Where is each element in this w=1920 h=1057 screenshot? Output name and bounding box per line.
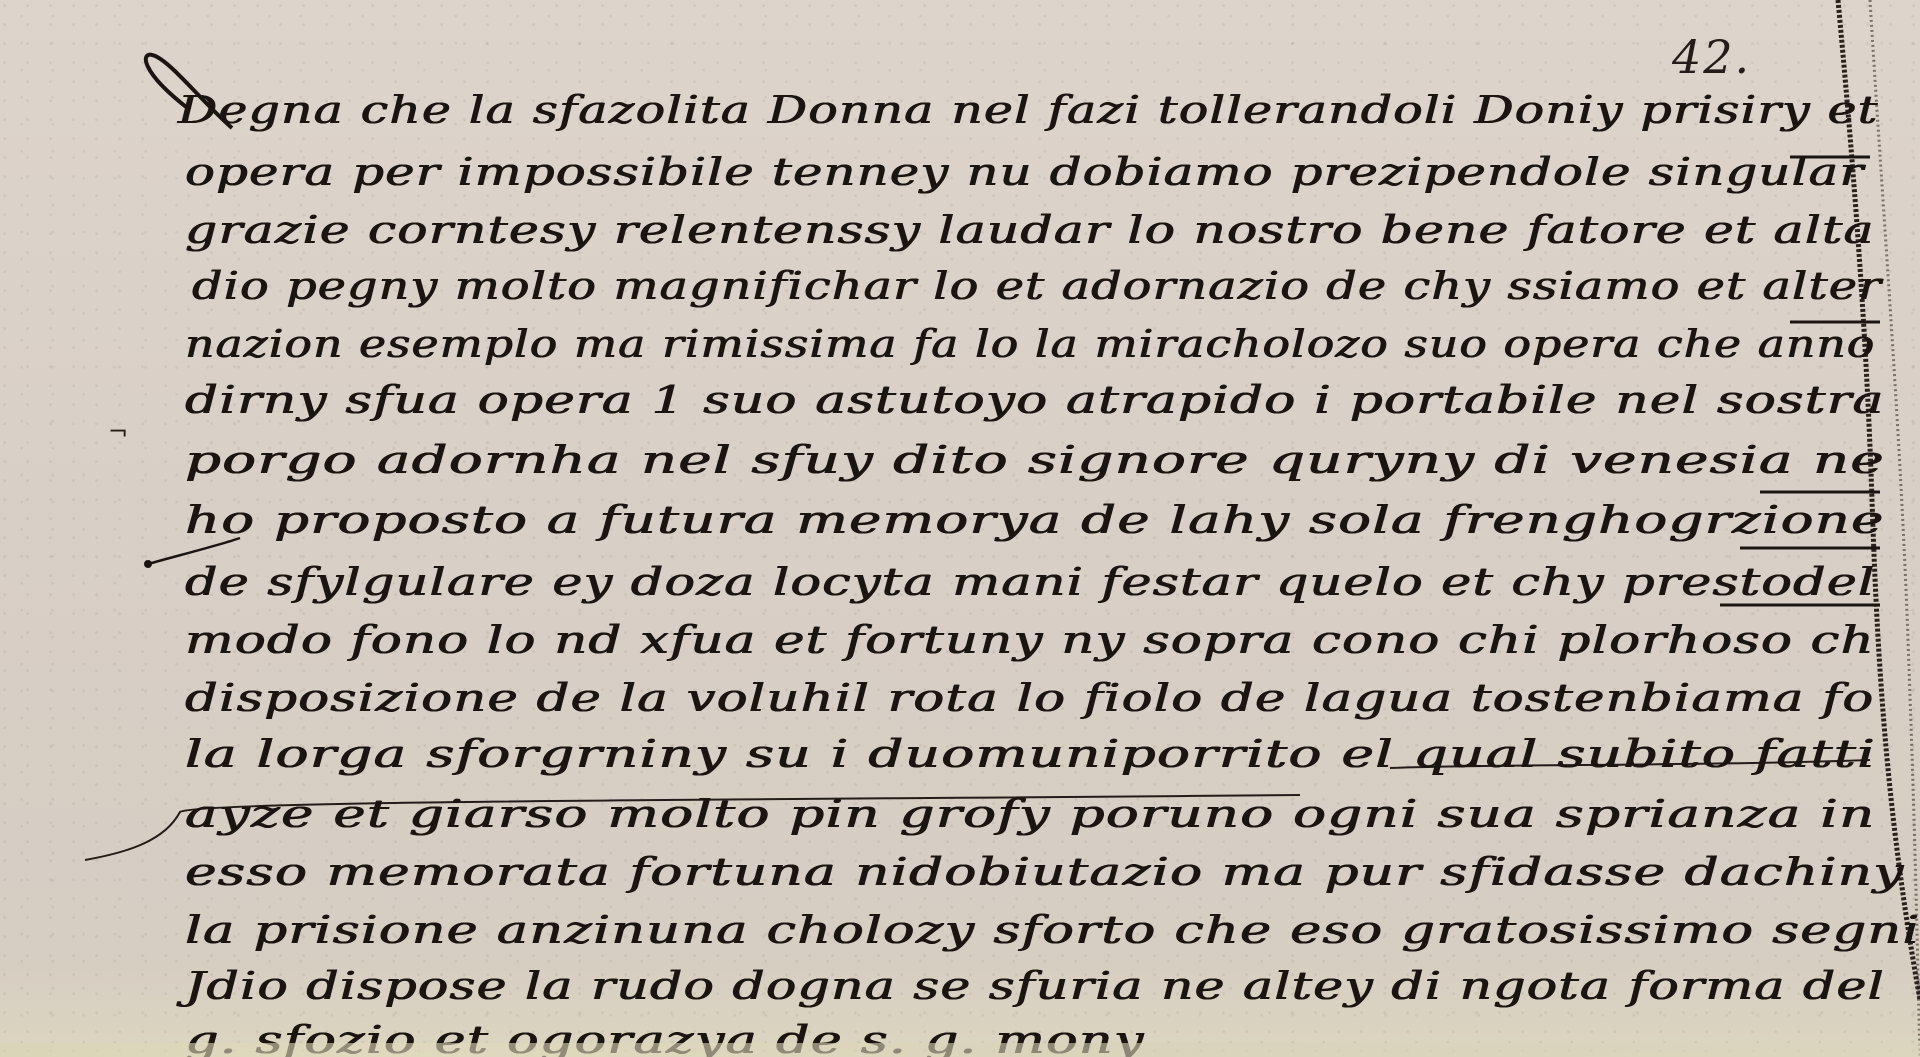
manuscript-text: Degna che la sfazolita Donna nel fazi to… [0,0,1920,1057]
manuscript-line-5: nazion esemplo ma rimissima fa lo la mir… [185,322,1875,366]
manuscript-line-16: Jdio dispose la rudo dogna se sfuria ne … [185,964,1885,1008]
manuscript-line-8: ho proposto a futura memorya de lahy sol… [185,498,1885,542]
manuscript-line-14: esso memorata fortuna nidobiutazio ma pu… [185,850,1905,894]
manuscript-line-15: la prisione anzinuna cholozy sforto che … [185,908,1920,952]
manuscript-line-10: modo fono lo nd xfua et fortuny ny sopra… [185,618,1875,662]
manuscript-line-13: ayze et giarso molto pin grofy poruno og… [185,792,1875,836]
margin-mark-1: ¬ [108,418,128,446]
manuscript-line-3: grazie corntesy relentenssy laudar lo no… [185,208,1875,252]
manuscript-line-4: dio pegny molto magnifichar lo et adorna… [192,264,1882,308]
manuscript-line-2: opera per impossibile tenney nu dobiamo … [185,150,1864,194]
manuscript-line-12: la lorga sforgrniny su i duomuniporrito … [185,732,1876,776]
manuscript-line-11: disposizione de la voluhil rota lo fiolo… [185,676,1874,720]
manuscript-line-9: de sfylgulare ey doza locyta mani festar… [185,560,1875,604]
manuscript-line-6: dirny sfua opera 1 suo astutoyo atrapido… [185,378,1885,422]
manuscript-line-1: Degna che la sfazolita Donna nel fazi to… [178,88,1878,132]
manuscript-line-7: porgo adornha nel sfuy dito signore qury… [185,438,1885,482]
manuscript-page: 42. Degna che la sfazolita Donna nel faz… [0,0,1920,1057]
manuscript-line-17: g. sfozio et ogorazya de s. g. mony [185,1018,1145,1057]
